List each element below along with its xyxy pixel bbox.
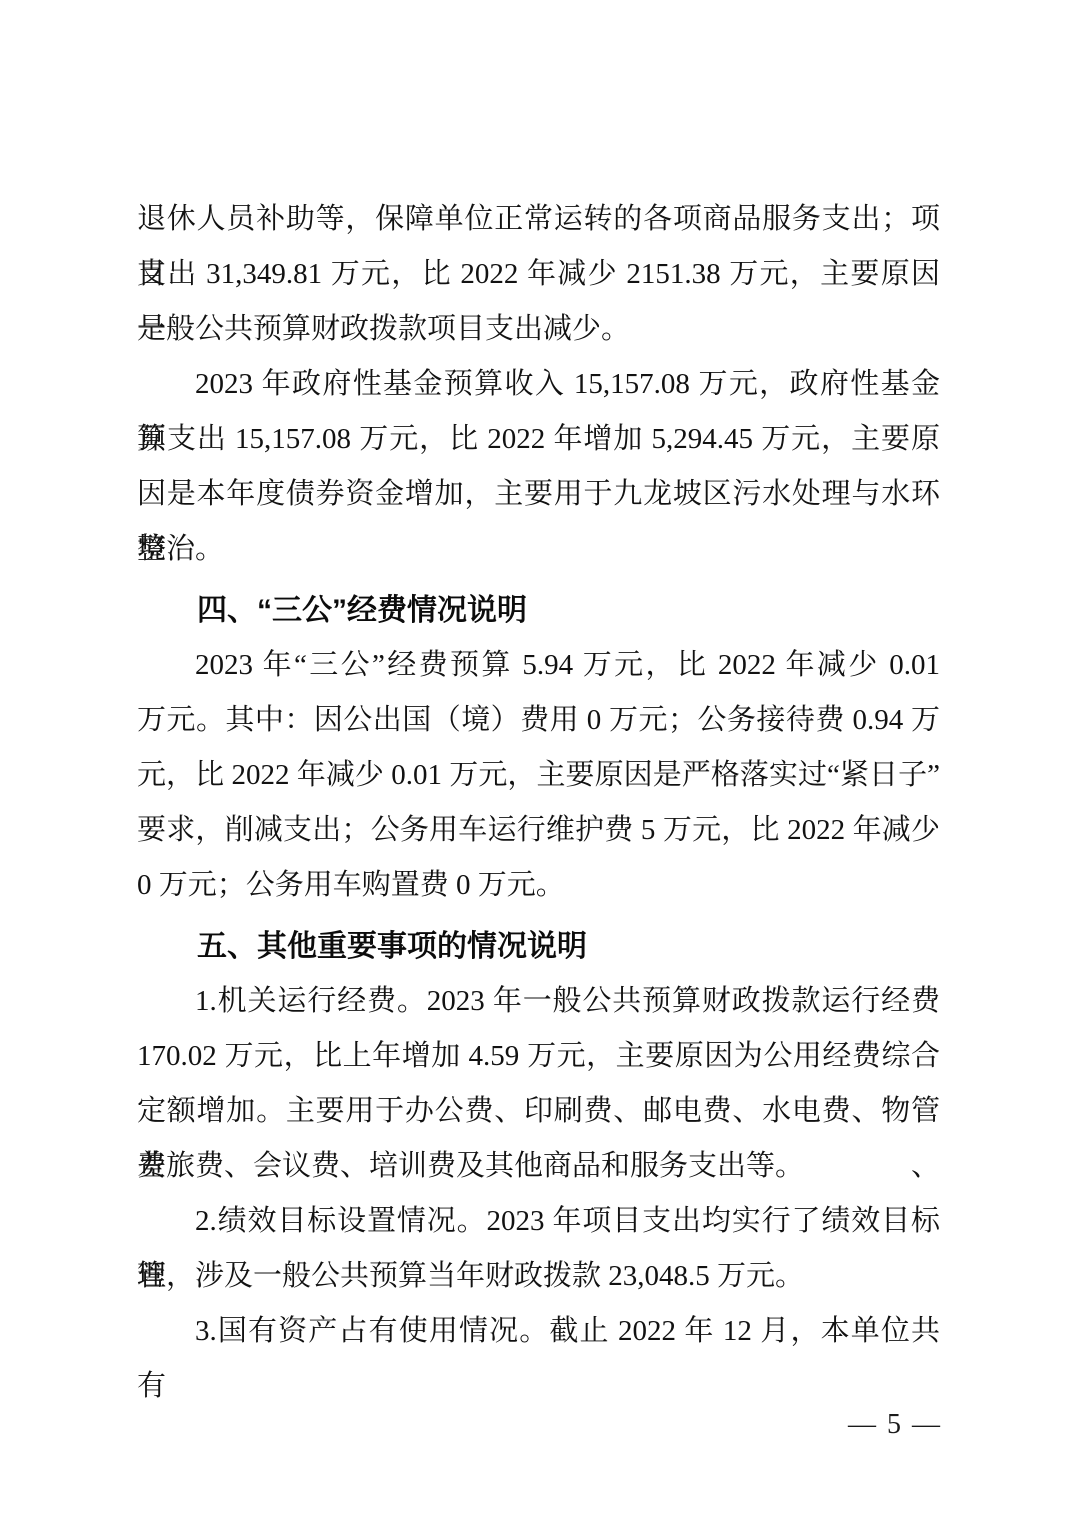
text-line: 2023 年“三公”经费预算 5.94 万元，比 2022 年减少 0.01 — [137, 638, 940, 693]
paragraph-agency-operating-expenses: 1.机关运行经费。2023 年一般公共预算财政拨款运行经费 170.02 万元，… — [137, 974, 940, 1194]
paragraph-three-public-funds-detail: 2023 年“三公”经费预算 5.94 万元，比 2022 年减少 0.01 万… — [137, 638, 940, 913]
text-line: 3.国有资产占有使用情况。截止 2022 年 12 月，本单位共有 — [137, 1304, 940, 1359]
section-heading-other-important-matters: 五、其他重要事项的情况说明 — [137, 919, 940, 974]
text-line: 理，涉及一般公共预算当年财政拨款 23,048.5 万元。 — [137, 1249, 940, 1304]
text-line: 要求，削减支出；公务用车运行维护费 5 万元，比 2022 年减少 — [137, 803, 940, 858]
text-line: 算支出 15,157.08 万元，比 2022 年增加 5,294.45 万元，… — [137, 412, 940, 467]
text-line: 退休人员补助等，保障单位正常运转的各项商品服务支出；项目 — [137, 192, 940, 247]
text-line: 因是本年度债券资金增加，主要用于九龙坡区污水处理与水环境 — [137, 467, 940, 522]
paragraph-government-fund-budget: 2023 年政府性基金预算收入 15,157.08 万元，政府性基金预 算支出 … — [137, 357, 940, 577]
text-line: 元，比 2022 年减少 0.01 万元，主要原因是严格落实过“紧日子” — [137, 748, 940, 803]
text-line: 支出 31,349.81 万元，比 2022 年减少 2151.38 万元，主要… — [137, 247, 940, 302]
paragraph-expenditure-continuation: 退休人员补助等，保障单位正常运转的各项商品服务支出；项目 支出 31,349.8… — [137, 192, 940, 357]
text-line: 0 万元；公务用车购置费 0 万元。 — [137, 858, 940, 913]
section-heading-three-public-funds: 四、“三公”经费情况说明 — [137, 583, 940, 638]
text-line: 1.机关运行经费。2023 年一般公共预算财政拨款运行经费 — [137, 974, 940, 1029]
document-page: 退休人员补助等，保障单位正常运转的各项商品服务支出；项目 支出 31,349.8… — [0, 0, 1074, 1520]
text-line: 2023 年政府性基金预算收入 15,157.08 万元，政府性基金预 — [137, 357, 940, 412]
text-line: 万元。其中：因公出国（境）费用 0 万元；公务接待费 0.94 万 — [137, 693, 940, 748]
text-line: 2.绩效目标设置情况。2023 年项目支出均实行了绩效目标管 — [137, 1194, 940, 1249]
paragraph-performance-targets: 2.绩效目标设置情况。2023 年项目支出均实行了绩效目标管 理，涉及一般公共预… — [137, 1194, 940, 1304]
paragraph-state-owned-assets: 3.国有资产占有使用情况。截止 2022 年 12 月，本单位共有 — [137, 1304, 940, 1359]
document-body: 退休人员补助等，保障单位正常运转的各项商品服务支出；项目 支出 31,349.8… — [137, 192, 940, 1359]
text-line: 整治。 — [137, 522, 940, 577]
page-number: — 5 — — [848, 1410, 942, 1440]
text-line: 一般公共预算财政拨款项目支出减少。 — [137, 302, 940, 357]
text-line: 170.02 万元，比上年增加 4.59 万元，主要原因为公用经费综合 — [137, 1029, 940, 1084]
text-line: 定额增加。主要用于办公费、印刷费、邮电费、水电费、物管费、 — [137, 1084, 940, 1139]
